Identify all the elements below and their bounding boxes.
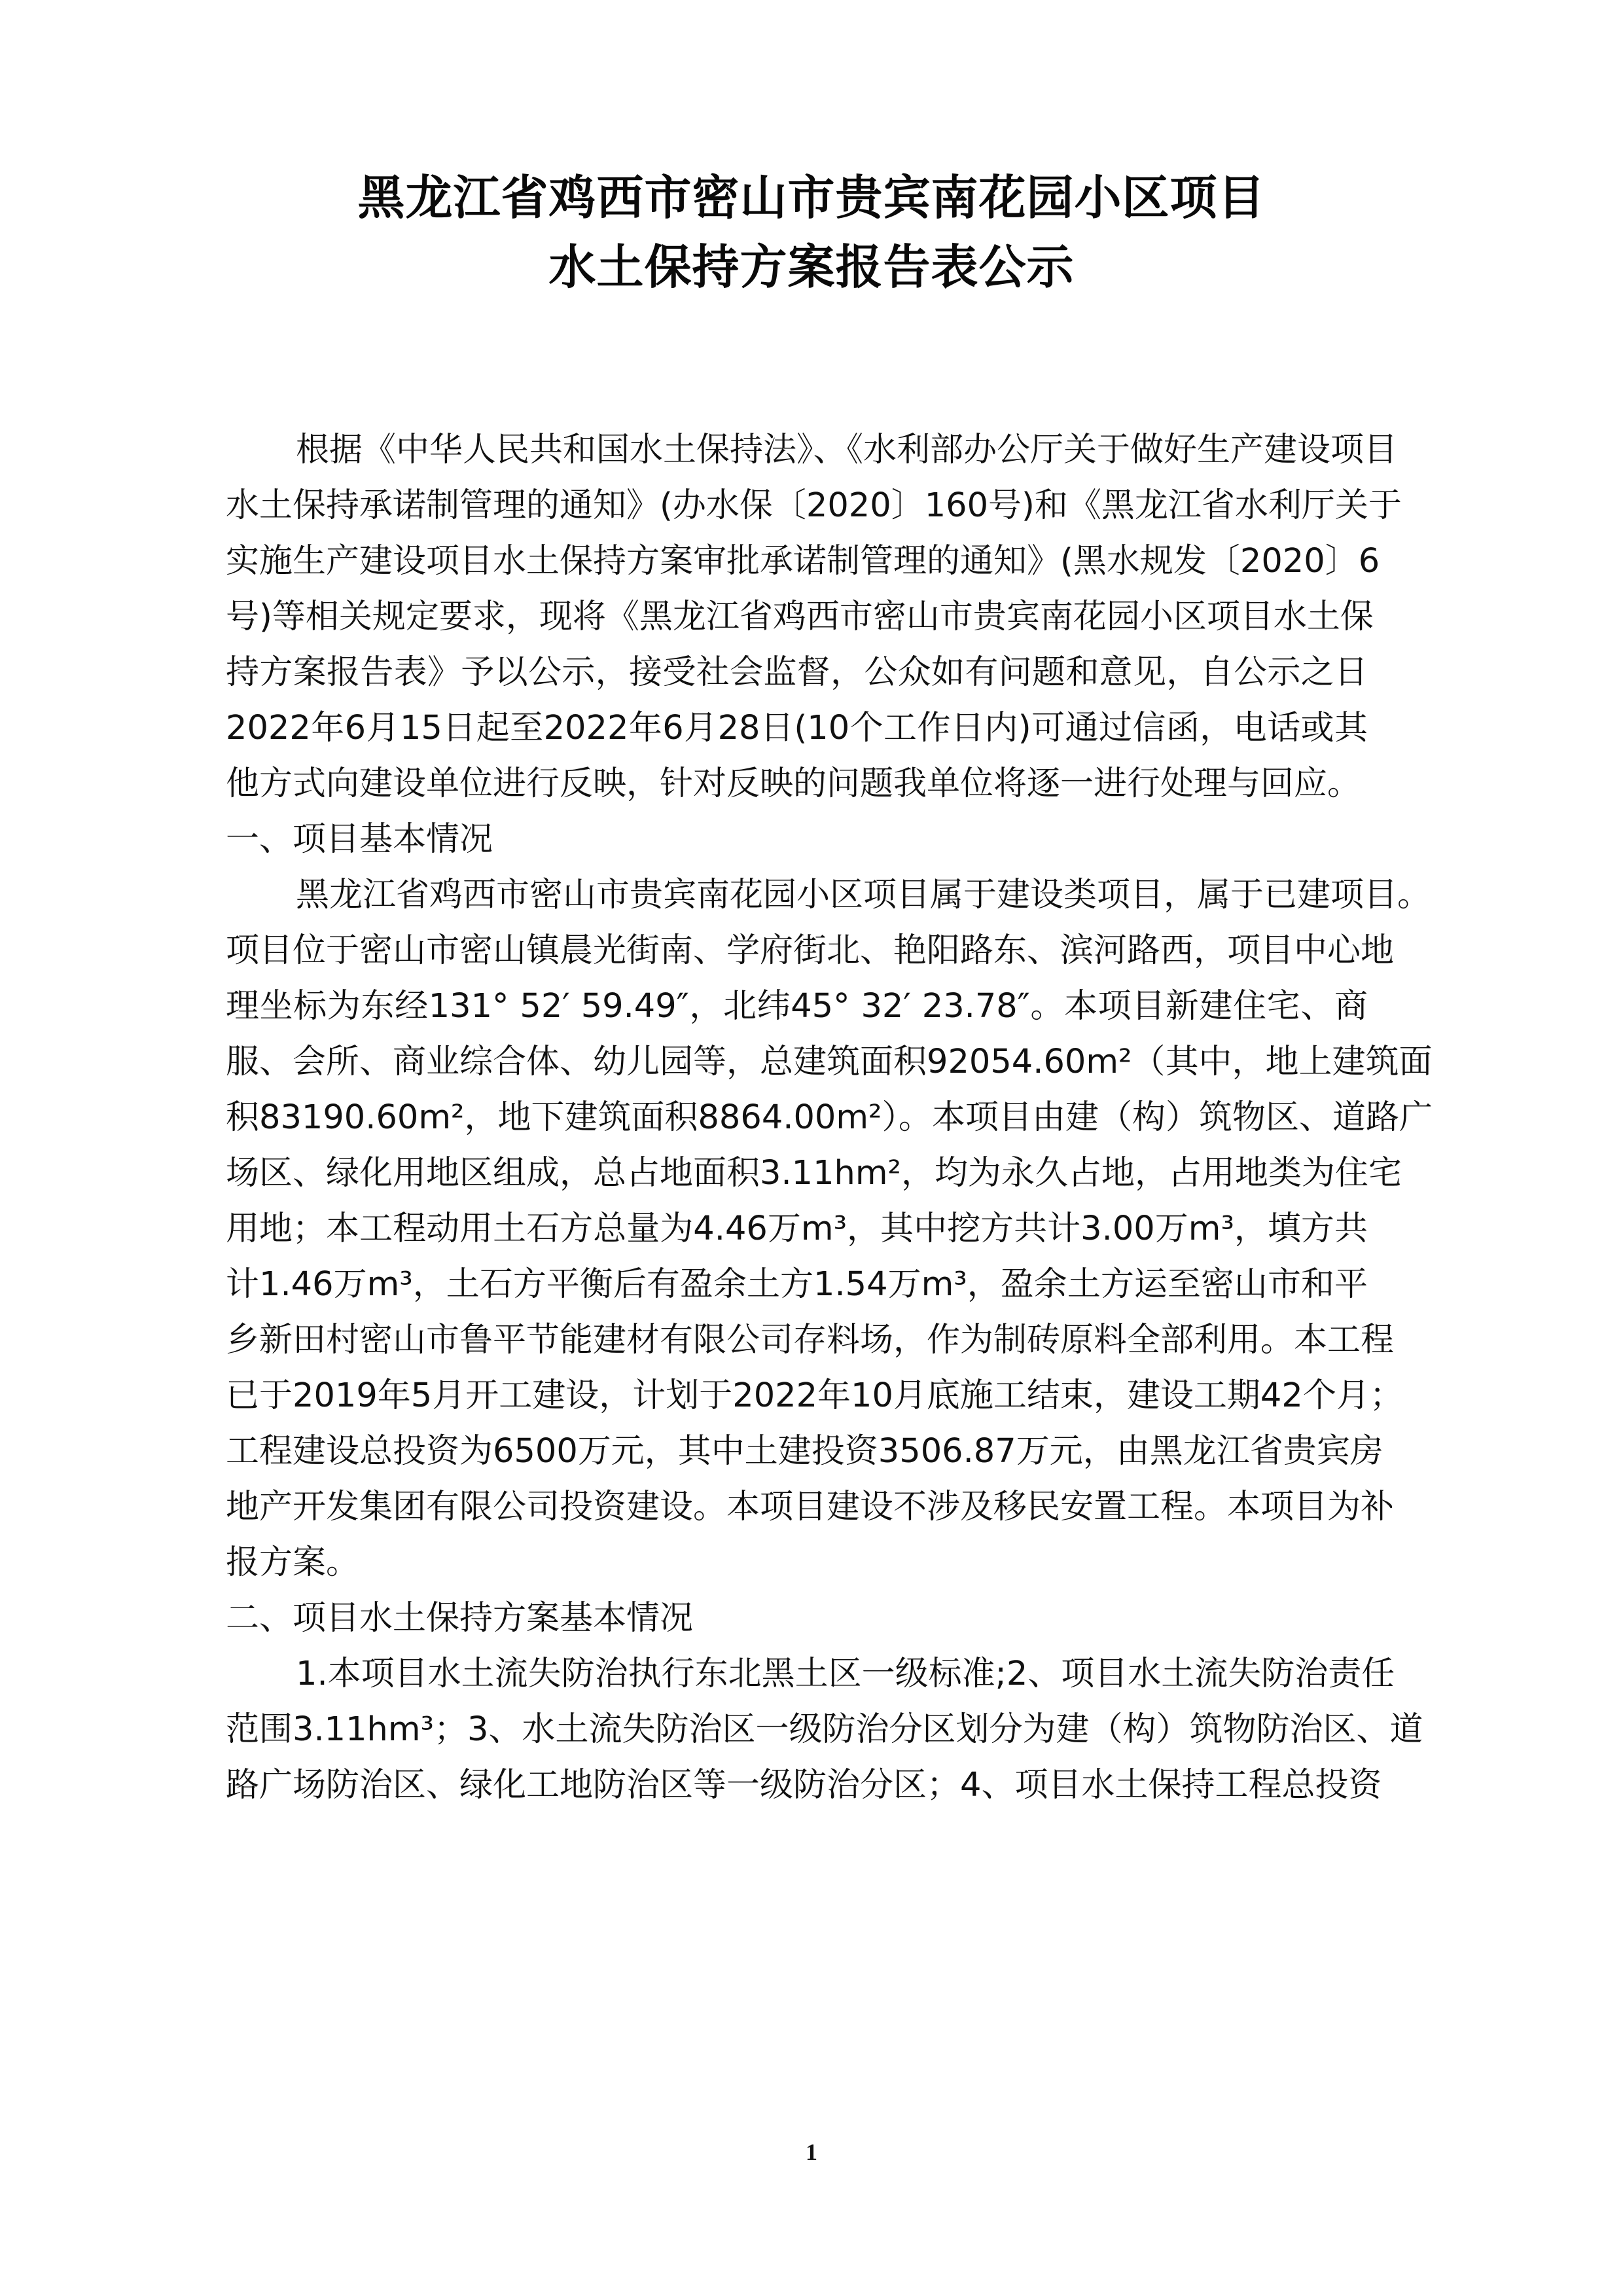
intro-line: 号)等相关规定要求，现将《黑龙江省鸡西市密山市贵宾南花园小区项目水土保	[226, 598, 1368, 637]
section-1-line: 计1.46万m³，土石方平衡后有盈余土方1.54万m³，盈余土方运至密山市和平	[226, 1265, 1368, 1304]
section-1-line: 积83190.60m²，地下建筑面积8864.00m²）。本项目由建（构）筑物区…	[226, 1098, 1368, 1138]
intro-line: 他方式向建设单位进行反映，针对反映的问题我单位将逐一进行处理与回应。	[226, 764, 1368, 804]
section-2-line: 1.本项目水土流失防治执行东北黑土区一级标准;2、项目水土流失防治责任	[296, 1655, 1368, 1694]
section-1-line: 服、会所、商业综合体、幼儿园等，总建筑面积92054.60m²（其中，地上建筑面	[226, 1043, 1368, 1082]
section-1-line: 场区、绿化用地区组成，总占地面积3.11hm²，均为永久占地，占用地类为住宅	[226, 1154, 1368, 1193]
intro-line: 水土保持承诺制管理的通知》(办水保〔2020〕160号)和《黑龙江省水利厅关于	[226, 486, 1368, 526]
section-1-line: 理坐标为东经131° 52′ 59.49″，北纬45° 32′ 23.78″。本…	[226, 987, 1368, 1026]
section-2-line: 路广场防治区、绿化工地防治区等一级防治分区；4、项目水土保持工程总投资	[226, 1766, 1368, 1805]
section-1-line: 地产开发集团有限公司投资建设。本项目建设不涉及移民安置工程。本项目为补	[226, 1488, 1368, 1527]
section-1-line: 黑龙江省鸡西市密山市贵宾南花园小区项目属于建设类项目，属于已建项目。	[296, 876, 1368, 915]
intro-line: 实施生产建设项目水土保持方案审批承诺制管理的通知》(黑水规发〔2020〕6	[226, 542, 1368, 581]
section-1-line: 已于2019年5月开工建设，计划于2022年10月底施工结束，建设工期42个月；	[226, 1376, 1368, 1416]
section-1-line: 工程建设总投资为6500万元，其中土建投资3506.87万元，由黑龙江省贵宾房	[226, 1432, 1368, 1471]
intro-line: 根据《中华人民共和国水土保持法》、《水利部办公厅关于做好生产建设项目	[296, 431, 1368, 470]
section-2-line: 范围3.11hm³；3、水土流失防治区一级防治分区划分为建（构）筑物防治区、道	[226, 1710, 1368, 1749]
intro-line: 持方案报告表》予以公示，接受社会监督，公众如有问题和意见，自公示之日	[226, 653, 1368, 692]
document-page: 黑龙江省鸡西市密山市贵宾南花园小区项目 水土保持方案报告表公示 根据《中华人民共…	[0, 0, 1623, 2296]
section-1-line: 项目位于密山市密山镇晨光街南、学府街北、艳阳路东、滨河路西，项目中心地	[226, 931, 1368, 971]
section-1-line: 乡新田村密山市鲁平节能建材有限公司存料场，作为制砖原料全部利用。本工程	[226, 1321, 1368, 1360]
section-1-line: 报方案。	[226, 1543, 1368, 1583]
page-number: 1	[0, 2139, 1623, 2165]
section-1-line: 用地；本工程动用土石方总量为4.46万m³，其中挖方共计3.00万m³，填方共	[226, 1210, 1368, 1249]
document-title-line-1: 黑龙江省鸡西市密山市贵宾南花园小区项目	[0, 171, 1623, 224]
section-2-heading: 二、项目水土保持方案基本情况	[226, 1599, 1368, 1638]
intro-line: 2022年6月15日起至2022年6月28日(10个工作日内)可通过信函，电话或…	[226, 709, 1368, 748]
section-1-heading: 一、项目基本情况	[226, 820, 1368, 859]
document-title-line-2: 水土保持方案报告表公示	[0, 241, 1623, 293]
